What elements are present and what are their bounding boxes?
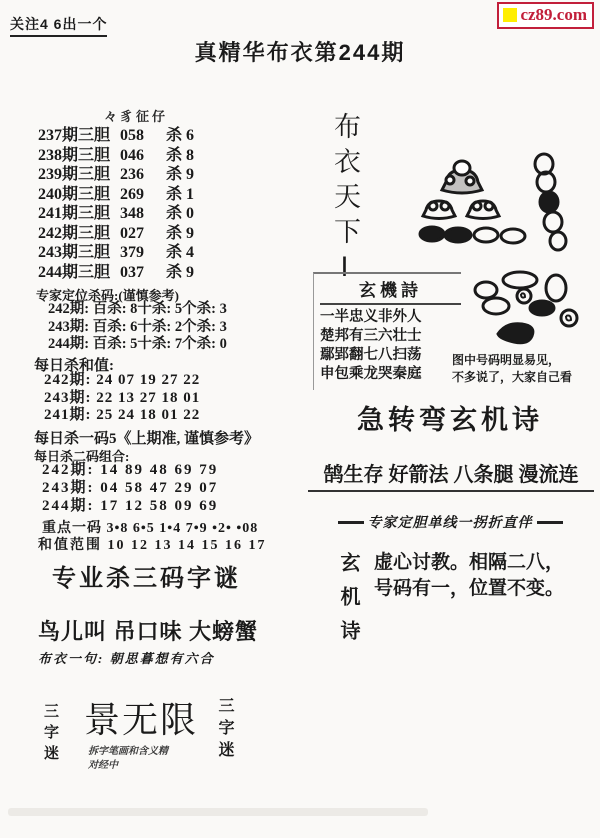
xuanji-line: 一半忠义非外人 [320, 308, 461, 327]
dan-list: 237期三胆058杀 6 238期三胆046杀 8 239期三胆236杀 9 2… [38, 126, 194, 282]
jizhuanwan-riddle-line: 鹄生存 好箭法 八条腿 漫流连 [308, 458, 594, 492]
logo-yellow-square-icon [503, 8, 517, 22]
sanzimi-left-vertical: 三字迷 [40, 703, 61, 766]
dan-list-stylized-header: 々豸征仔 [104, 106, 168, 125]
dan-row-kill: 杀 1 [166, 186, 194, 203]
xuanjishi-line1: 虚心讨教。相隔二八， [374, 550, 564, 576]
sha-erma-rows: 242期: 14 89 48 69 79 243期: 04 58 47 29 0… [42, 461, 218, 515]
logo-text: cz89.com [520, 5, 587, 25]
jizhuanwan-header: 急转弯玄机诗 [310, 398, 590, 437]
buyi-sentence: 布衣一句: 朝思暮想有六合 [38, 648, 215, 667]
xuanji-line: 申包乘龙哭秦庭 [320, 365, 461, 384]
divider-dash-right [537, 521, 563, 524]
dan-row-num: 046 [120, 147, 144, 164]
dan-row-num: 348 [120, 205, 144, 222]
xuanjishi-vertical-label: 玄机诗 [334, 552, 363, 654]
xuanji-line: 楚邦有三六壮士 [320, 327, 461, 346]
dan-row-label: 240期三胆 [38, 186, 110, 203]
dan-row-kill: 杀 9 [166, 264, 194, 281]
sha-erma-row: 244期: 17 12 58 09 69 [42, 497, 218, 515]
sanzimi-right-vertical: 三字迷 [213, 697, 236, 763]
dan-row: 239期三胆236杀 9 [38, 165, 194, 185]
dan-row: 242期三胆027杀 9 [38, 224, 194, 244]
dan-row-num: 058 [120, 127, 144, 144]
doodle-caption: 图中号码明显易见， 不多说了，大家自己看 [452, 352, 572, 386]
dan-row: 244期三胆037杀 9 [38, 263, 194, 283]
dan-row-num: 027 [120, 225, 144, 242]
dan-row: 240期三胆269杀 1 [38, 185, 194, 205]
site-logo[interactable]: cz89.com [497, 2, 594, 29]
dan-row: 237期三胆058杀 6 [38, 126, 194, 146]
dan-row-num: 037 [120, 264, 144, 281]
dan-row-label: 244期三胆 [38, 264, 110, 281]
dan-row-label: 241期三胆 [38, 205, 110, 222]
doodle-caption-line2: 不多说了，大家自己看 [452, 369, 572, 386]
lottery-sheet-page: 关注4 6出一个 cz89.com 真精华布衣第244期 々豸征仔 237期三胆… [0, 0, 600, 838]
dan-row: 241期三胆348杀 0 [38, 204, 194, 224]
xuanji-line: 鄢郢翻七八扫荡 [320, 346, 461, 365]
sanzimi-note-line1: 拆字笔画和含义精 [88, 745, 168, 759]
sha-hezhi-row: 243期: 22 13 27 18 01 [44, 390, 200, 408]
dan-row-kill: 杀 4 [166, 244, 194, 261]
dan-row-num: 269 [120, 186, 144, 203]
sanzimi-note: 拆字笔画和含义精 对经中 [88, 745, 168, 773]
xuanji-header: 玄機詩 [320, 276, 461, 305]
dan-row-label: 243期三胆 [38, 244, 110, 261]
divider-text: 专家定胆单线一拐折直伴 [368, 512, 533, 532]
dan-row: 238期三胆046杀 8 [38, 146, 194, 166]
dan-row-kill: 杀 8 [166, 147, 194, 164]
dingwei-rows: 242期: 百杀: 8十杀: 5个杀: 3 243期: 百杀: 6十杀: 2个杀… [48, 301, 227, 354]
dan-row-label: 237期三胆 [38, 127, 110, 144]
sanzimi-big-text: 景无限 [84, 692, 198, 743]
zimi-header: 专业杀三码字谜 [52, 558, 241, 593]
dan-row-kill: 杀 9 [166, 166, 194, 183]
hezhi-fanwei-line: 和值范围 10 12 13 14 15 16 17 [38, 534, 267, 554]
sha-hezhi-row: 241期: 25 24 18 01 22 [44, 407, 200, 425]
sha-yima-line: 每日杀一码5《上期准, 谨慎参考》 [34, 427, 259, 448]
page-title: 真精华布衣第244期 [0, 36, 600, 67]
sha-erma-row: 242期: 14 89 48 69 79 [42, 461, 218, 479]
xuanji-poem-box: 玄機詩 一半忠义非外人 楚邦有三六壮士 鄢郢翻七八扫荡 申包乘龙哭秦庭 [313, 272, 461, 390]
dan-row-label: 238期三胆 [38, 147, 110, 164]
sha-hezhi-rows: 242期: 24 07 19 27 22 243期: 22 13 27 18 0… [44, 372, 200, 425]
dingwei-row: 243期: 百杀: 6十杀: 2个杀: 3 [48, 319, 227, 337]
zimi-line: 鸟儿叫 吊口味 大螃蟹 [38, 615, 258, 646]
dan-row: 243期三胆379杀 4 [38, 243, 194, 263]
faint-scan-artifact [8, 808, 428, 816]
dan-row-kill: 杀 6 [166, 127, 194, 144]
divider-dash-left [338, 521, 364, 524]
xuanjishi-line2: 号码有一，位置不变。 [374, 576, 564, 602]
xuanjishi-text: 虚心讨教。相隔二八， 号码有一，位置不变。 [374, 550, 564, 602]
dan-row-kill: 杀 0 [166, 205, 194, 222]
numbers-doodle [468, 268, 588, 350]
follow-note: 关注4 6出一个 [10, 14, 107, 37]
doodle-caption-line1: 图中号码明显易见， [452, 352, 572, 369]
ingots-doodle [418, 152, 578, 267]
buyi-tianxia-vertical-title: 布衣天下Ⅰ [326, 112, 365, 291]
dingwei-row: 244期: 百杀: 5十杀: 7个杀: 0 [48, 336, 227, 354]
dan-row-label: 242期三胆 [38, 225, 110, 242]
dan-row-kill: 杀 9 [166, 225, 194, 242]
dan-row-num: 236 [120, 166, 144, 183]
sha-erma-row: 243期: 04 58 47 29 07 [42, 479, 218, 497]
sha-hezhi-row: 242期: 24 07 19 27 22 [44, 372, 200, 390]
dan-row-num: 379 [120, 244, 144, 261]
sanzimi-note-line2: 对经中 [88, 759, 168, 773]
expert-divider: 专家定胆单线一拐折直伴 [310, 512, 590, 532]
dingwei-row: 242期: 百杀: 8十杀: 5个杀: 3 [48, 301, 227, 319]
dan-row-label: 239期三胆 [38, 166, 110, 183]
